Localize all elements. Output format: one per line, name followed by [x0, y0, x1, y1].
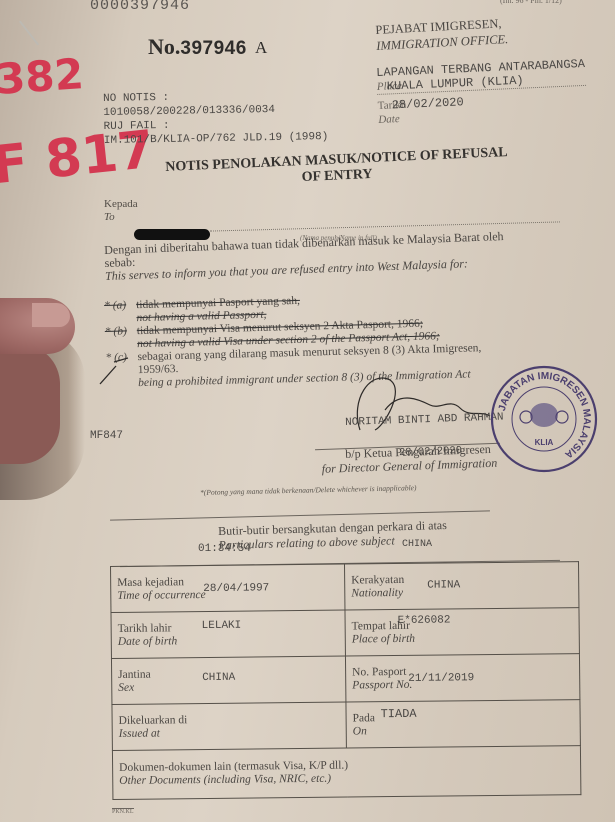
delete-note: *(Potong yang mana tidak berkenaan/Delet… [200, 483, 417, 497]
cell-value: LELAKI [202, 620, 242, 633]
table-row: Dikeluarkan di Issued at Pada On TIADA [112, 700, 580, 751]
cell-date-of-birth: Tarikh lahir Date of birth LELAKI [111, 610, 345, 658]
notice-title: NOTIS PENOLAKAN MASUK/NOTICE OF REFUSAL … [165, 145, 509, 192]
footer-code: PKN.KL [112, 808, 134, 815]
checkmark-icon [98, 356, 138, 386]
cell-label-en: Issued at [119, 725, 340, 740]
cell-nationality: Kerakyatan Nationality CHINA [344, 562, 578, 610]
cell-value: 28/04/1997 [203, 582, 269, 596]
cell-other-documents: Dokumen-dokumen lain (termasuk Visa, K/P… [112, 746, 580, 800]
serial-number: 0000397946 [90, 0, 190, 14]
cell-passport-no: No. Pasport Passport No. 21/11/2019 [345, 654, 579, 702]
signer-date: 28/02/2020 [399, 445, 462, 459]
reason-a-marker: * (a) [104, 299, 136, 313]
cell-label-en: Place of birth [352, 631, 573, 646]
reason-c-ms2: 1959/63. [138, 363, 179, 377]
handwritten-note-1: 382 [0, 49, 85, 104]
table-row: Jantina Sex CHINA No. Pasport Passport N… [111, 654, 579, 705]
to-label-ms: Kepada [104, 198, 138, 211]
cell-time-of-occurrence: Masa kejadian Time of occurrence 28/04/1… [111, 564, 345, 612]
table-row: Tarikh lahir Date of birth LELAKI Tempat… [111, 608, 579, 659]
hand [0, 344, 60, 464]
refusal-notice-document: 0000397946 (Im. 96 - Pin. 1/12) No.39794… [0, 0, 615, 822]
thumbnail [32, 303, 70, 327]
number-suffix: A [255, 38, 267, 58]
number-prefix: No. [148, 34, 180, 59]
form-code: (Im. 96 - Pin. 1/12) [500, 0, 562, 5]
office-heading: PEJABAT IMIGRESEN, IMMIGRATION OFFICE. [375, 15, 509, 54]
place-date-block: LAPANGAN TERBANG ANTARABANGSA Place KUAL… [376, 57, 587, 127]
cell-label-en: Date of birth [118, 633, 339, 648]
number-value: 397946 [180, 38, 246, 59]
cell-value: CHINA [202, 672, 235, 685]
signature-icon [330, 370, 500, 440]
cell-on: Pada On TIADA [346, 700, 580, 748]
cell-label-en: Nationality [351, 585, 572, 600]
file-ref: IM.101/B/KLIA-OP/762 JLD.19 (1998) [104, 130, 329, 148]
particulars-table: Masa kejadian Time of occurrence 28/04/1… [110, 561, 581, 800]
cell-sex: Jantina Sex CHINA [111, 656, 345, 704]
particulars-overprint: CHINA [402, 539, 432, 550]
to-label: Kepada To [104, 198, 138, 224]
to-label-en: To [104, 211, 138, 224]
notice-reference: NO NOTIS : 1010058/200228/013336/0034 RU… [103, 88, 328, 148]
table-row: Masa kejadian Time of occurrence 28/04/1… [111, 562, 579, 613]
document-number: No.397946 [148, 34, 247, 60]
redacted-name [134, 229, 210, 240]
stamp-bottom-text: KLIA [535, 438, 554, 447]
time-stamp: 01:34:54 [198, 543, 251, 555]
cell-value: 21/11/2019 [408, 672, 474, 686]
name-line [210, 221, 560, 231]
cell-value: TIADA [381, 708, 417, 721]
cell-place-of-birth: Tempat lahir Place of birth E*626082 [345, 608, 579, 656]
immigration-stamp-icon: JABATAN IMIGRESEN MALAYSIA KLIA [490, 365, 598, 473]
cell-issued-at: Dikeluarkan di Issued at [112, 702, 346, 750]
cell-value: E*626082 [398, 614, 451, 628]
staple-pin [19, 21, 39, 46]
officer-code: MF847 [90, 430, 123, 442]
cell-label-en: On [353, 723, 574, 738]
cell-value: CHINA [427, 579, 460, 592]
table-row: Dokumen-dokumen lain (termasuk Visa, K/P… [112, 746, 580, 800]
reason-b-marker: * (b) [105, 325, 137, 339]
